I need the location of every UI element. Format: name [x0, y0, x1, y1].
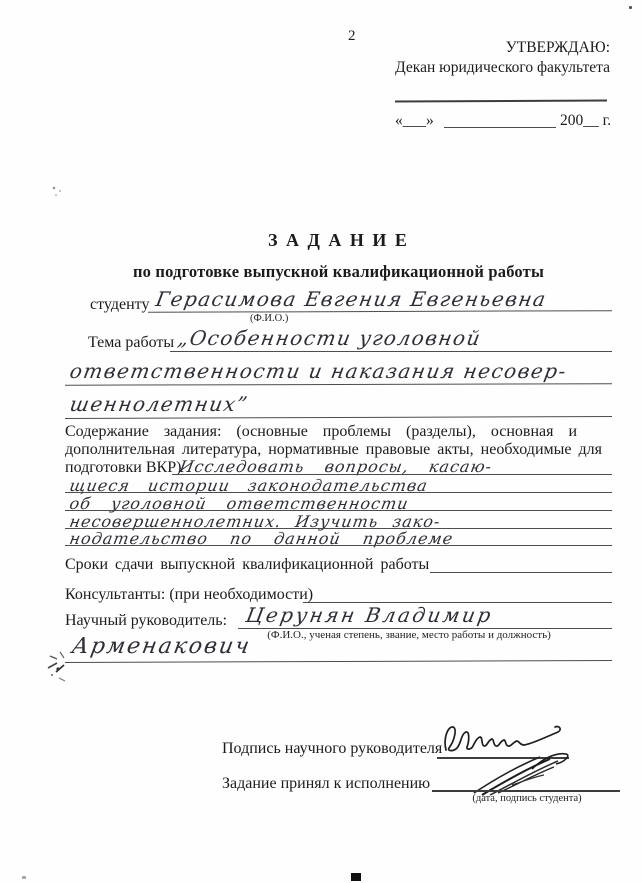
approval-date-line [444, 127, 556, 128]
student-signature-line [432, 790, 620, 792]
assignment-line-5 [65, 545, 612, 546]
approval-subtitle: Декан юридического факультета [380, 58, 610, 78]
scan-speck-top-right [629, 6, 632, 9]
ink-speck-left [50, 184, 66, 198]
student-signature-caption: (дата, подпись студента) [452, 793, 602, 804]
assignment-label-line-3: подготовки ВКР) [65, 459, 181, 477]
consultants-label: Консультанты: (при необходимости) [65, 586, 313, 604]
supervisor-caption: (Ф.И.О., ученая степень, звание, место р… [244, 629, 574, 641]
assignment-line-2 [65, 492, 612, 493]
theme-handwritten-line-3: шеннолетних” [68, 392, 250, 416]
theme-handwritten-line-2: ответственности и наказания несовер- [68, 359, 569, 383]
approval-date-year: 200__ г. [560, 112, 611, 130]
deadline-blank-line [430, 572, 612, 573]
scan-mark-bottom [351, 873, 361, 881]
scan-speck-bottom-left [22, 876, 26, 879]
supervisor-second-line [65, 660, 612, 663]
deadline-label: Сроки сдачи выпускной квалификационной р… [65, 556, 429, 574]
supervisor-name-handwritten-2: Арменакович [70, 634, 253, 659]
assignment-line-3 [65, 510, 612, 511]
page-number: 2 [348, 27, 356, 45]
student-name-caption: (Ф.И.О.) [250, 313, 288, 324]
theme-line-1 [170, 351, 612, 352]
approval-signature-line [395, 99, 607, 102]
theme-label: Тема работы [88, 334, 174, 352]
approval-date-open: «___» [395, 112, 434, 130]
theme-line-2 [65, 383, 612, 385]
supervisor-name-handwritten-1: Церунян Владимир [244, 603, 495, 627]
scanned-document-page: 2 УТВЕРЖДАЮ: Декан юридического факульте… [0, 0, 642, 883]
student-label: студенту [90, 296, 149, 314]
assignment-line-1 [172, 474, 612, 475]
student-acceptance-label: Задание принял к исполнению [222, 775, 430, 793]
theme-line-3 [65, 416, 612, 419]
document-subtitle: по подготовке выпускной квалификационной… [65, 263, 612, 281]
supervisor-label: Научный руководитель: [65, 612, 227, 630]
ink-blot-left [44, 648, 72, 686]
approval-title: УТВЕРЖДАЮ: [380, 38, 610, 58]
supervisor-signature-label: Подпись научного руководителя [222, 740, 442, 758]
assignment-label-line-1: Содержание задания: (основные проблемы (… [65, 423, 612, 441]
student-name-line [148, 310, 612, 313]
theme-handwritten-line-1: „Особенности уголовной [176, 326, 483, 350]
student-name-handwritten: Герасимова Евгения Евгеньевна [154, 287, 549, 311]
document-title: З А Д А Н И Е [65, 231, 612, 249]
